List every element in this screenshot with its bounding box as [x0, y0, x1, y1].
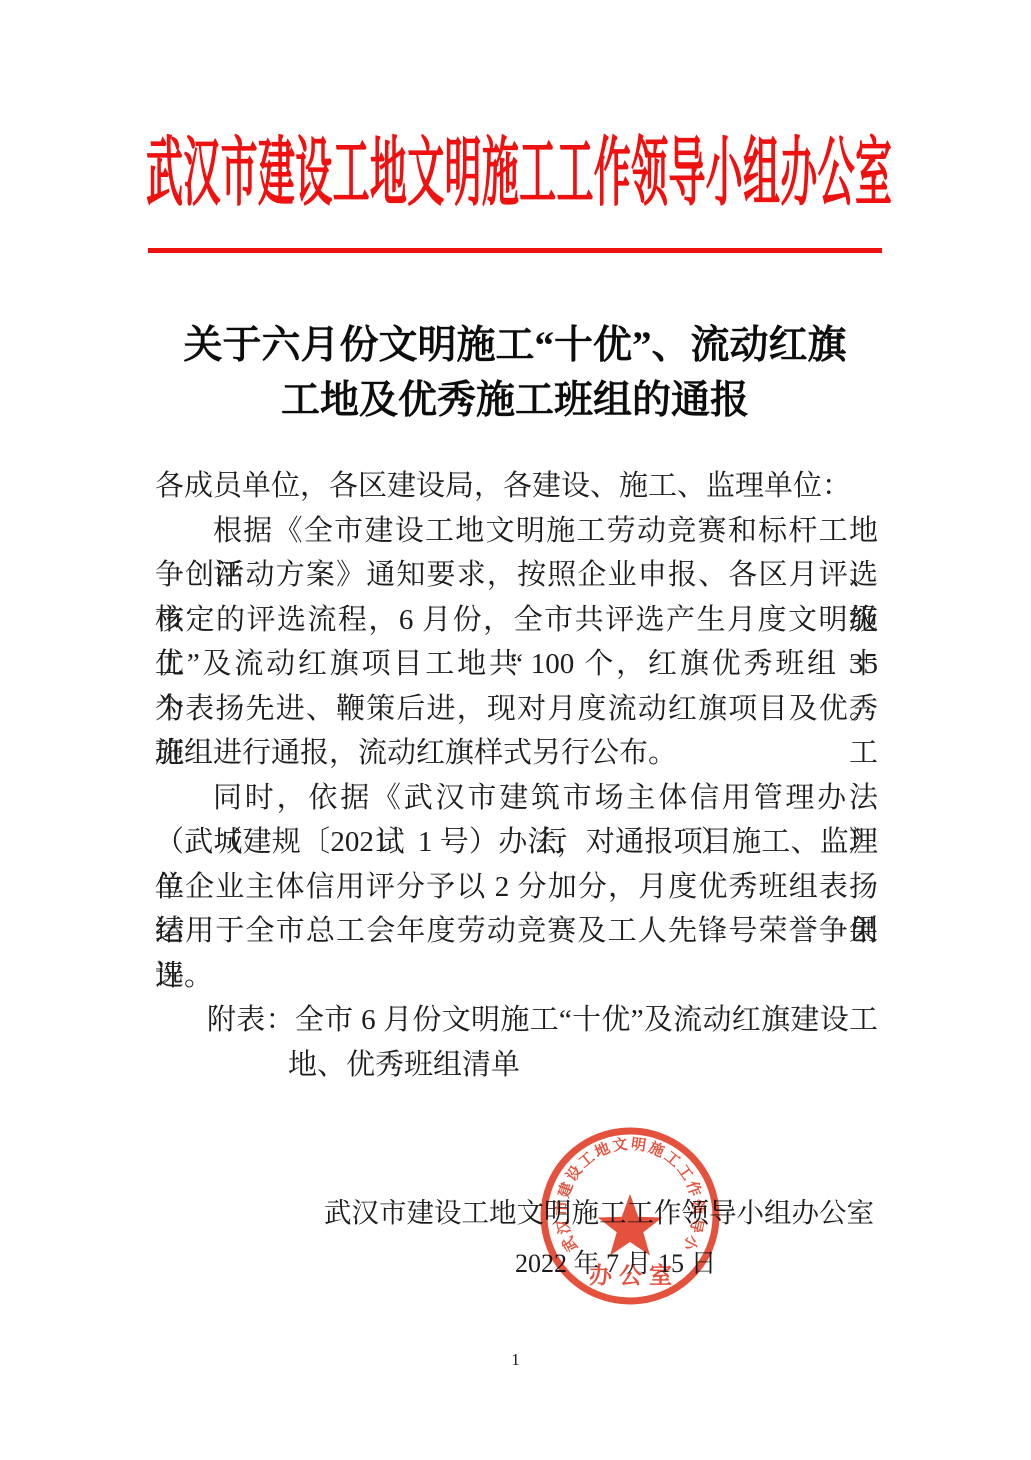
official-seal: 武汉市建设工地文明施工工作领导小组 办公室	[537, 1122, 723, 1308]
body-line: 核定的评选流程，6 月份，全市共评选产生月度文明施工“十	[155, 598, 878, 643]
body-line: 位企业主体信用评分予以 2 分加分，月度优秀班组表扬结果	[155, 865, 878, 910]
body-line: 运用于全市总工会年度劳动竞赛及工人先锋号荣誉争创评	[155, 909, 878, 954]
page-number: 1	[0, 1350, 1031, 1370]
letterhead-org-title: 武汉市建设工地文明施工工作领导小组办公室	[146, 137, 892, 301]
body-line: 争创活动方案》通知要求，按照企业申报、各区月评、市级	[155, 553, 878, 598]
star-icon	[598, 1194, 663, 1256]
body-line: 地、优秀班组清单	[155, 1043, 878, 1088]
body-line: 附表：全市 6 月份文明施工“十优”及流动红旗建设工	[155, 998, 878, 1043]
body-line: 各成员单位，各区建设局，各建设、施工、监理单位：	[155, 464, 878, 509]
seal-bottom-text: 办公室	[589, 1262, 679, 1288]
letterhead-divider-rule	[148, 248, 882, 253]
body-line: 同时，依据《武汉市建筑市场主体信用管理办法（试行）》	[155, 776, 878, 821]
document-title-line1: 关于六月份文明施工“十优”、流动红旗	[110, 318, 920, 373]
body-line: 优”及流动红旗项目工地共 100 个，红旗优秀班组 35 个。	[155, 642, 878, 687]
document-title: 关于六月份文明施工“十优”、流动红旗 工地及优秀施工班组的通报	[110, 318, 920, 428]
body-line: 选。	[155, 954, 878, 999]
document-page: 武汉市建设工地文明施工工作领导小组办公室 关于六月份文明施工“十优”、流动红旗 …	[0, 0, 1031, 1460]
body-text: 各成员单位，各区建设局，各建设、施工、监理单位：根据《全市建设工地文明施工劳动竞…	[155, 464, 878, 1087]
body-line: 为表扬先进、鞭策后进，现对月度流动红旗项目及优秀施工	[155, 687, 878, 732]
body-line: 根据《全市建设工地文明施工劳动竞赛和标杆工地评选	[155, 509, 878, 554]
document-title-line2: 工地及优秀施工班组的通报	[110, 373, 920, 428]
body-line: （武城建规〔2021〕1 号）办法，对通报项目施工、监理单	[155, 820, 878, 865]
